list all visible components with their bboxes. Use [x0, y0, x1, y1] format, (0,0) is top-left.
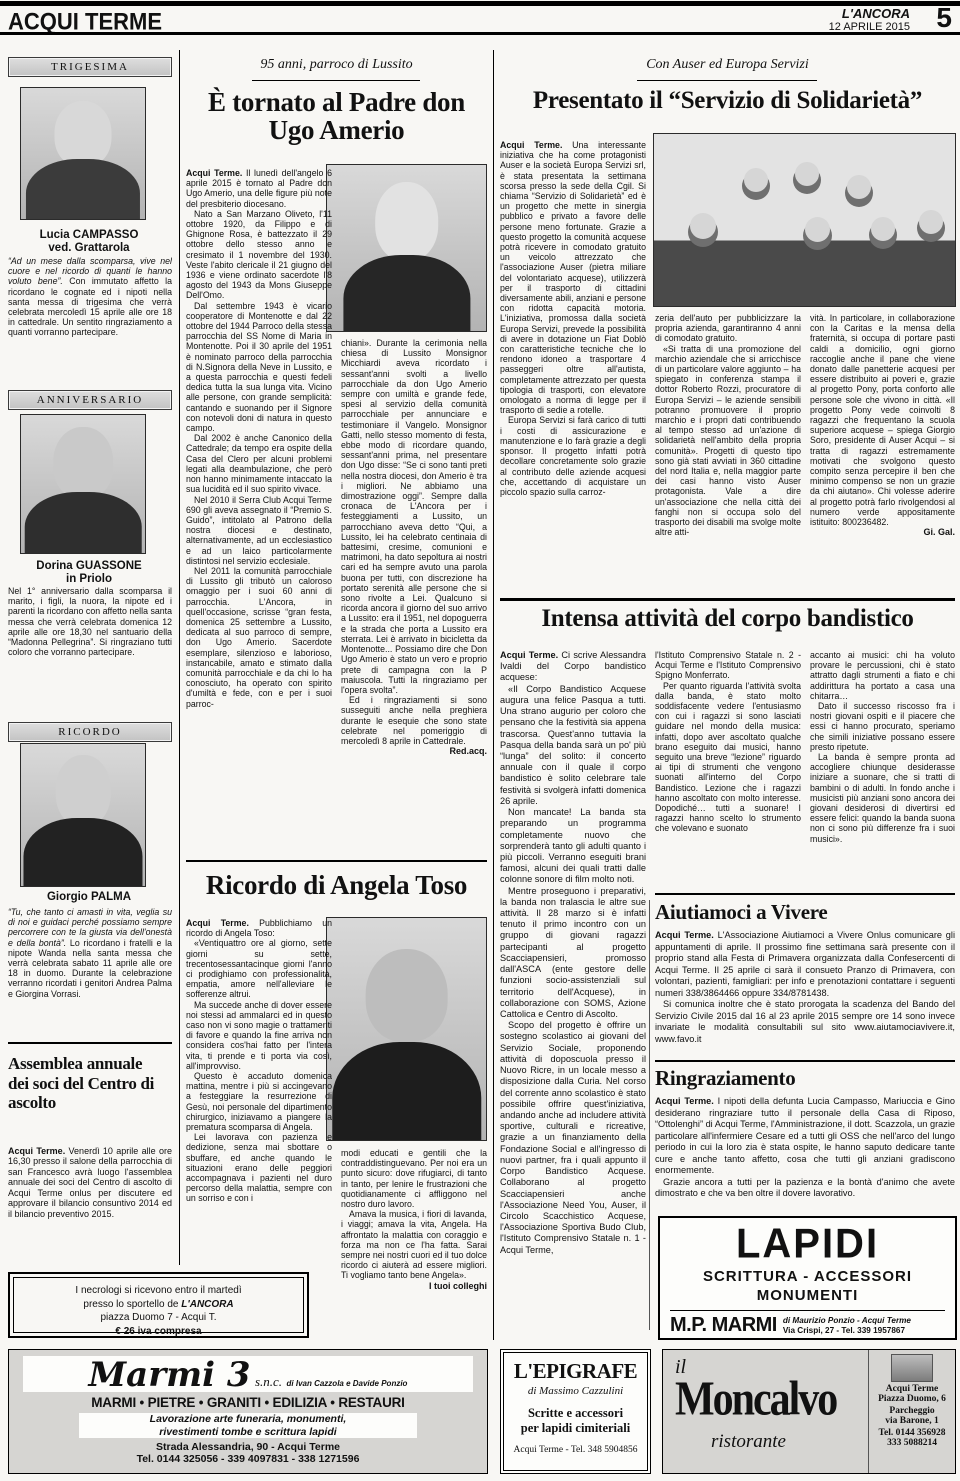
- toso-article-col2: modi educati e gentili che la contraddis…: [341, 1148, 487, 1338]
- right-divider-2: [655, 893, 955, 895]
- newspaper-page: ACQUI TERME L'ANCORA 12 APRILE 2015 5 TR…: [0, 0, 960, 1481]
- header-top-rule: [0, 1, 960, 6]
- portrait-torso: [26, 159, 140, 220]
- solidarieta-col2: zeria dell'auto per pubblicizzare la pro…: [655, 313, 801, 591]
- ad-moncalvo-photo: [891, 1354, 933, 1382]
- ad-lapidi-sub2: Via Crispi, 27 - Tel. 339 1957867: [783, 1326, 905, 1335]
- ad-epigrafe-name: L'EPIGRAFE: [501, 1359, 650, 1384]
- ad-epigrafe-line1: Scritte e accessori: [501, 1406, 650, 1421]
- group-person-head: [847, 175, 871, 199]
- amerio-kicker: 95 anni, parroco di Lussito: [186, 57, 487, 73]
- section-label-anniversario: ANNIVERSARIO: [8, 390, 172, 410]
- ad-lapidi-title: LAPIDI: [660, 1223, 955, 1265]
- necrologi-line2: presso lo sportello de L'ANCORA: [10, 1298, 307, 1312]
- assemblea-body: Acqui Terme. Venerdì 10 aprile alle ore …: [8, 1146, 172, 1248]
- group-person-head: [690, 213, 716, 239]
- ad-moncalvo-a6: 333 5088214: [871, 1438, 953, 1448]
- solidarieta-col3: vità. In particolare, in collaborazione …: [810, 313, 955, 591]
- ad-marmi3-line3: rivestimenti tombe e scrittura lapidi: [79, 1426, 417, 1439]
- ad-lapidi-brand: M.P. MARMI: [670, 1314, 777, 1337]
- ad-moncalvo-a1: Acqui Terme: [871, 1384, 953, 1394]
- solidarieta-kicker: Con Auser ed Europa Servizi: [500, 57, 955, 73]
- column-rule-right: [493, 50, 494, 1340]
- portrait-torso: [23, 818, 142, 887]
- amerio-signature: Red.acq.: [341, 746, 487, 756]
- ad-lapidi-line1: SCRITTURA - ACCESSORI: [660, 1268, 955, 1287]
- middle-divider: [186, 860, 487, 862]
- masthead-date: 12 APRILE 2015: [790, 21, 910, 33]
- toso-headline: Ricordo di Angela Toso: [186, 871, 487, 899]
- ad-moncalvo-a2: Piazza Duomo, 6: [871, 1394, 953, 1404]
- portrait-head: [53, 427, 113, 499]
- portrait-torso: [332, 1042, 481, 1141]
- ad-lapidi-rule: [670, 1310, 945, 1311]
- amerio-article-col2: chiani». Durante la cerimonia nella chie…: [341, 338, 487, 838]
- bandistico-col2: l'Istituto Comprensivo Statale n. 2 - Ac…: [655, 650, 801, 888]
- necrologi-notice-box: I necrologi si ricevono entro il martedì…: [8, 1272, 309, 1338]
- ringraziamento-headline: Ringraziamento: [655, 1066, 955, 1091]
- necrologi-line1: I necrologi si ricevono entro il martedì: [10, 1284, 307, 1298]
- ad-moncalvo-info: Acqui Terme Piazza Duomo, 6 Parcheggio v…: [871, 1354, 953, 1448]
- group-person-head: [795, 162, 819, 186]
- photo-giorgio-palma: [20, 743, 146, 887]
- obituary-name-campasso: Lucia CAMPASSO ved. Grattarola: [8, 229, 170, 255]
- necrologi-line4: € 26 iva compresa: [10, 1325, 307, 1339]
- obituary-name-guassone: Dorina GUASSONE in Priolo: [8, 560, 170, 586]
- ad-moncalvo-name: Moncalvo: [675, 1379, 865, 1422]
- ad-lapidi-line2: MONUMENTI: [660, 1287, 955, 1306]
- amerio-kicker-rule: [252, 80, 420, 81]
- photo-angela-toso: [326, 917, 487, 1141]
- solidarieta-kicker-rule: [637, 80, 817, 81]
- obituary-body-campasso: “Ad un mese dalla scomparsa, vive nel cu…: [8, 256, 172, 370]
- brand-name: L'ANCORA: [181, 1299, 233, 1310]
- left-divider: [8, 1042, 172, 1044]
- photo-don-ugo-amerio: [326, 164, 487, 332]
- amerio-headline: È tornato al Padre don Ugo Amerio: [186, 88, 487, 145]
- ad-marmi3-address: Strada Alessandria, 90 - Acqui Terme: [9, 1441, 487, 1453]
- ad-marmi3-line2: Lavorazione arte funeraria, monumenti,: [79, 1413, 417, 1426]
- group-person-head: [919, 210, 943, 234]
- ad-moncalvo: il Moncalvo ristorante Acqui Terme Piazz…: [662, 1349, 956, 1474]
- obituary-body-guassone: Nel 1° anniversario dalla scomparsa il m…: [8, 586, 172, 698]
- ad-marmi3-owners: di Ivan Cazzola e Davide Ponzio: [287, 1379, 408, 1388]
- group-person-head: [744, 168, 768, 192]
- portrait-head: [365, 949, 448, 1042]
- section-label-trigesima: TRIGESIMA: [8, 57, 172, 77]
- portrait-head: [54, 101, 111, 167]
- ad-epigrafe-phone: Acqui Terme - Tel. 348 5904856: [501, 1445, 650, 1455]
- necrologi-line3: piazza Duomo 7 - Acqui T.: [10, 1311, 307, 1325]
- solidarieta-col1: Acqui Terme. Una interessante iniziativa…: [500, 140, 646, 590]
- right-divider-3: [655, 1060, 955, 1062]
- aiutiamoci-headline: Aiutiamoci a Vivere: [655, 900, 955, 925]
- bandistico-headline: Intensa attività del corpo bandistico: [500, 606, 955, 632]
- ad-marmi3-name: Marmi 3: [89, 1355, 251, 1395]
- obituary-body-palma: “Tu, che tanto ci amasti in vita, veglia…: [8, 907, 172, 1035]
- section-label-ricordo: RICORDO: [8, 722, 172, 742]
- ad-lapidi-sub1: di Maurizio Ponzio - Acqui Terme: [783, 1316, 911, 1325]
- ad-marmi3-line1: MARMI • PIETRE • GRANITI • EDILIZIA • RE…: [9, 1395, 487, 1410]
- ad-moncalvo-a4: via Barone, 1: [871, 1416, 953, 1426]
- column-rule-left: [179, 50, 180, 1265]
- portrait-torso: [343, 255, 470, 332]
- aiutiamoci-body: Acqui Terme. L'Associazione Aiutiamoci a…: [655, 930, 955, 1058]
- ad-epigrafe-owner: di Massimo Cazzulini: [501, 1385, 650, 1397]
- ringraziamento-body: Acqui Terme. I nipoti della defunta Luci…: [655, 1096, 955, 1208]
- obituary-name-palma: Giorgio PALMA: [8, 891, 170, 904]
- ad-epigrafe: L'EPIGRAFE di Massimo Cazzulini Scritte …: [500, 1349, 651, 1474]
- toso-article-col1: Acqui Terme. Pubblichiamo un ricordo di …: [186, 918, 332, 1254]
- portrait-head: [56, 755, 111, 826]
- portrait-torso: [25, 492, 142, 554]
- photo-lucia-campasso: [20, 87, 146, 220]
- column-rule-inner-right: [649, 900, 650, 1330]
- solidarieta-headline: Presentato il “Servizio di Solidarietà”: [500, 88, 955, 114]
- ad-moncalvo-rule: [868, 1350, 869, 1473]
- bandistico-col3: accanto ai musici: chi ha voluto provare…: [810, 650, 955, 888]
- portrait-head: [375, 182, 439, 262]
- photo-dorina-guassone: [20, 414, 146, 554]
- ad-moncalvo-a3: Parcheggio: [871, 1406, 953, 1416]
- group-person-head: [805, 217, 830, 242]
- header-bottom-rule: [0, 32, 960, 35]
- toso-signature: I tuoi colleghi: [341, 1281, 487, 1291]
- bandistico-col1: Acqui Terme. Ci scrive Alessandra Ivaldi…: [500, 650, 646, 1290]
- photo-solidarieta-group: [653, 133, 956, 307]
- assemblea-headline: Assemblea annuale dei soci del Centro di…: [8, 1054, 158, 1113]
- ad-lapidi-mp-marmi: LAPIDI SCRITTURA - ACCESSORI MONUMENTI M…: [658, 1216, 957, 1340]
- ad-moncalvo-a5: Tel. 0144 356928: [871, 1428, 953, 1438]
- solidarieta-signature: Gi. Gal.: [810, 527, 955, 537]
- page-number: 5: [918, 4, 952, 32]
- masthead-brand: L'ANCORA: [790, 7, 910, 21]
- ad-marmi3: Marmi 3 s.n.c. di Ivan Cazzola e Davide …: [8, 1349, 488, 1474]
- ad-epigrafe-line2: per lapidi cimiteriali: [501, 1421, 650, 1436]
- amerio-article-col1: Acqui Terme. Il lunedì dell'angelo 6 apr…: [186, 168, 332, 846]
- ad-marmi3-phone: Tel. 0144 325056 - 339 4097831 - 338 127…: [9, 1453, 487, 1465]
- right-divider-1: [500, 598, 955, 601]
- ad-moncalvo-sub: ristorante: [711, 1431, 865, 1453]
- ad-marmi3-snc: s.n.c.: [255, 1374, 282, 1389]
- group-person-head: [871, 217, 895, 241]
